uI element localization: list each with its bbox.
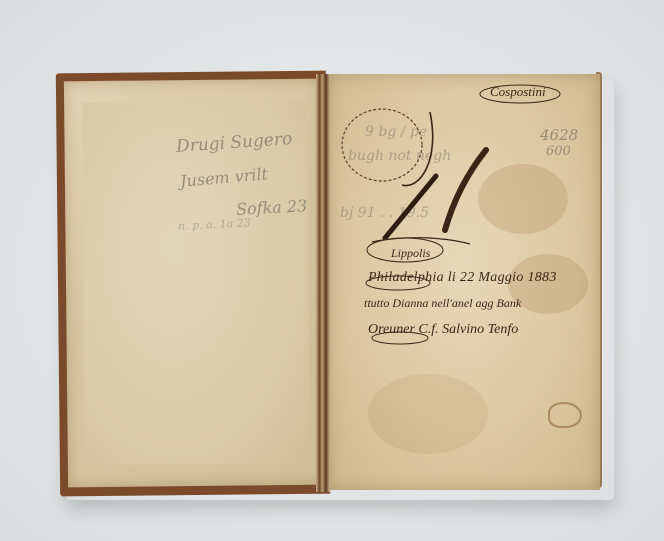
ink-signature-small: Lippolis [391, 246, 430, 261]
ink-inscription-line: Oreuner C.f. Salvino Tenfo [368, 322, 518, 338]
ink-inscription-line: ttutto Dianna nell'anel agg Bank [364, 296, 521, 311]
ink-monogram-flourish [0, 0, 664, 541]
water-stain [548, 402, 582, 428]
ink-inscription-line: Philadelphia li 22 Maggio 1883 [368, 270, 557, 286]
